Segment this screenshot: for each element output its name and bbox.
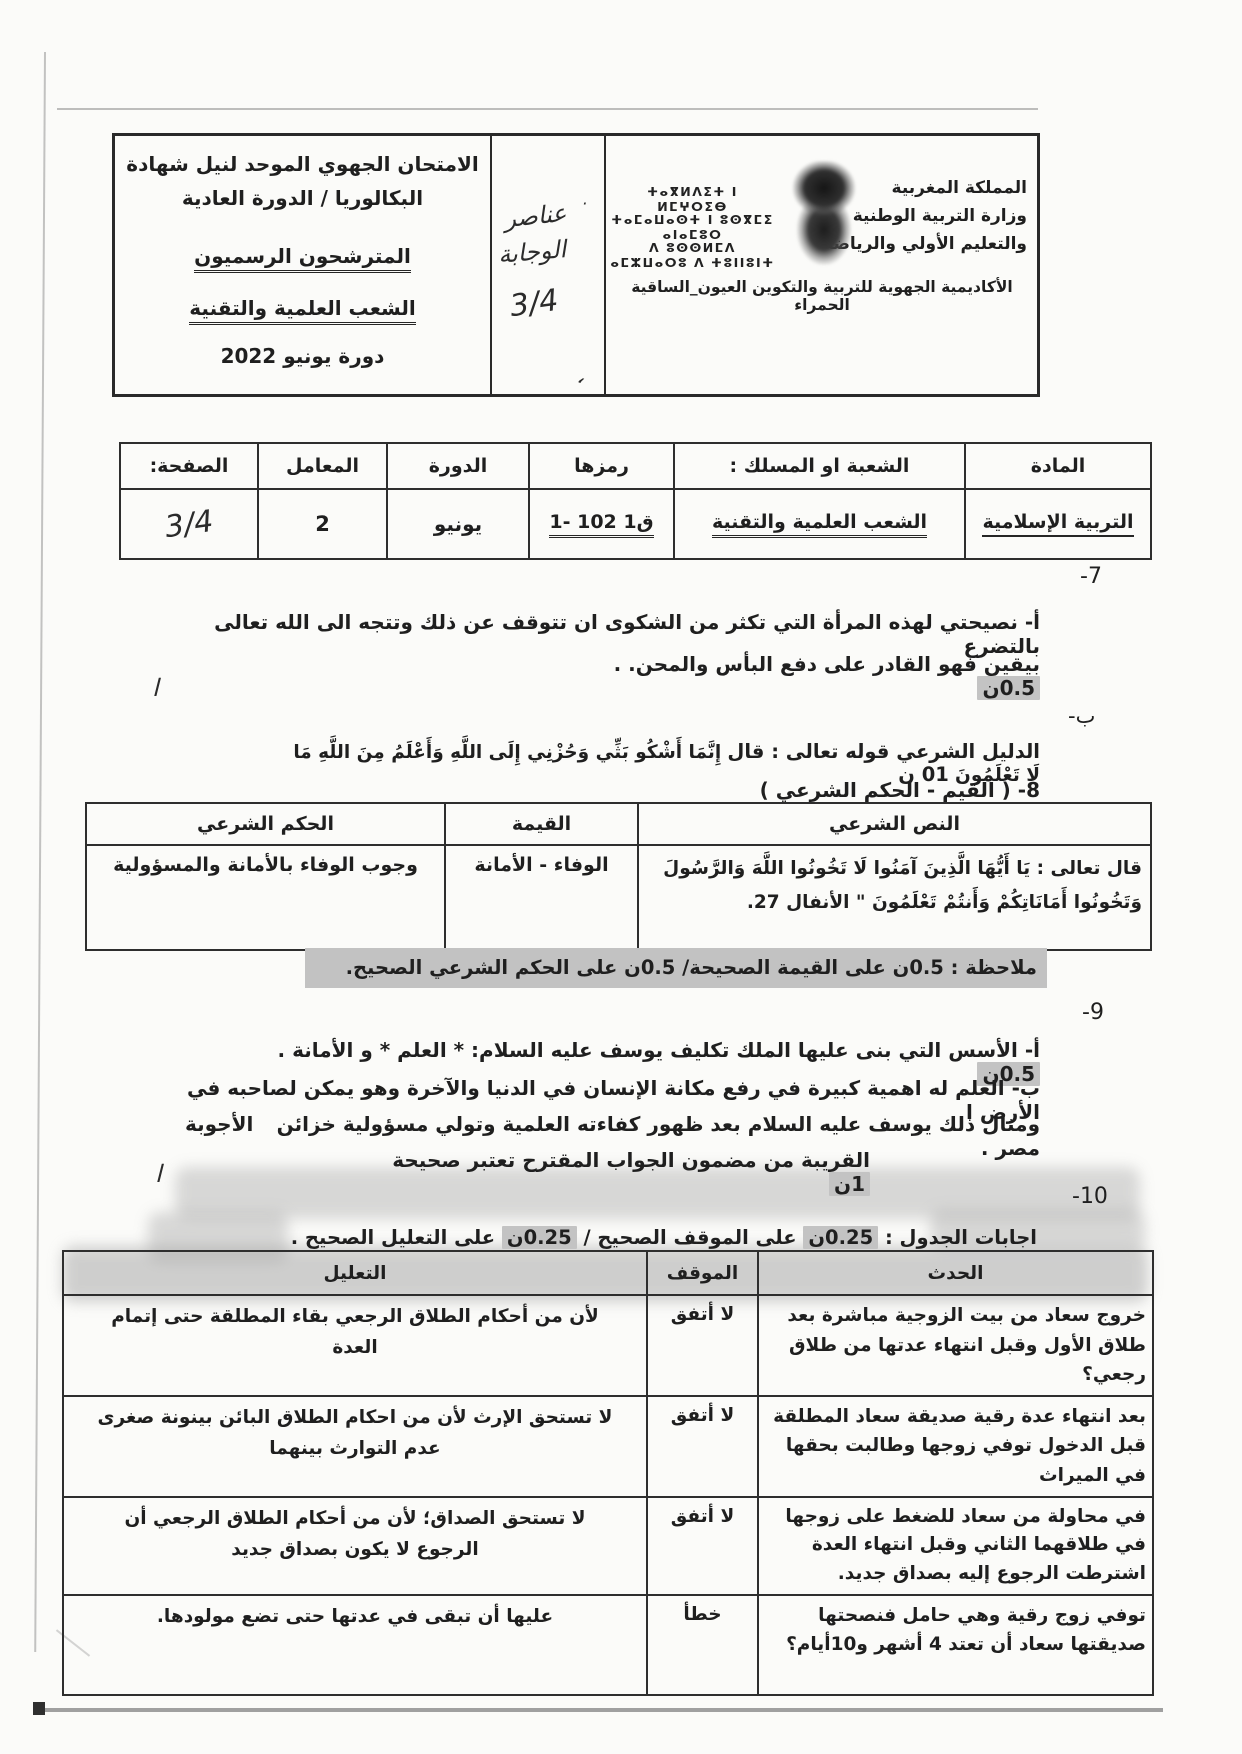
scan-artifact-left-edge (34, 52, 46, 1652)
q10-header-stance: الموقف (647, 1251, 758, 1295)
exam-info-table: المادة الشعبة او المسلك : رمزها الدورة ا… (119, 442, 1152, 560)
q8-scoring-note: ملاحظة : 0.5ن على القيمة الصحيحة/ 0.5ن ع… (305, 948, 1047, 988)
q7-part-b-label: ب- (1068, 704, 1095, 728)
q10-header-justification: التعليل (63, 1251, 647, 1295)
event-cell: توفي زوج رقية وهي حامل فنصحتها صديقتها س… (758, 1595, 1153, 1695)
handwritten-page-fraction: 3/4 (508, 283, 561, 324)
kingdom-name: المملكة المغربية (892, 178, 1027, 198)
event-cell: خروج سعاد من بيت الزوجية مباشرة بعد طلاق… (758, 1295, 1153, 1396)
q8-header-ruling: الحكم الشرعي (86, 803, 445, 845)
q10-header-event: الحدث (758, 1251, 1153, 1295)
handwritten-dot-mark: · (582, 194, 587, 213)
exam-title-line2: البكالوريا / الدورة العادية (115, 186, 490, 210)
scanned-exam-answer-sheet: المملكة المغربية وزارة التربية الوطنية و… (0, 0, 1242, 1754)
info-value-page: 3/4 (120, 489, 258, 559)
tifinagh-line1: ⵜⴰⴳⵍⴷⵉⵜ ⵏ ⵍⵎⵖⵔⵉⴱ (610, 184, 775, 214)
candidates-label: المترشحون الرسميون (115, 244, 490, 273)
q8-cell-value: الوفاء - الأمانة (445, 845, 638, 950)
q8-cell-ruling: وجوب الوفاء بالأمانة والمسؤولية (86, 845, 445, 950)
q9-b-line2-tail: الأجوبة (185, 1112, 253, 1160)
q7-score-badge: 0.5ن (977, 676, 1040, 700)
streams-text: الشعب العلمية والتقنية (189, 296, 415, 325)
stance-cell: خطأ (647, 1595, 758, 1695)
info-header-page: الصفحة: (120, 443, 258, 489)
candidates-text: المترشحون الرسميون (194, 244, 411, 273)
q10-intro-line: اجابات الجدول : 0.25ن على الموقف الصحيح … (160, 1226, 1037, 1249)
event-cell: في محاولة من سعاد للضغط على زوجها في طلا… (758, 1497, 1153, 1595)
table-row: في محاولة من سعاد للضغط على زوجها في طلا… (63, 1497, 1153, 1595)
info-value-session: يونيو (387, 489, 529, 559)
stray-alif-mark: ا (152, 674, 159, 702)
q8-header-text: النص الشرعي (638, 803, 1151, 845)
event-cell: بعد انتهاء عدة رقية صديقة سعاد المطلقة ق… (758, 1396, 1153, 1497)
info-header-code: رمزها (529, 443, 674, 489)
stance-cell: لا أتفق (647, 1396, 758, 1497)
info-value-subject: التربية الإسلامية (965, 489, 1151, 559)
q8-heading: 8- ( القيم - الحكم الشرعي ) (690, 778, 1040, 802)
justification-cell: عليها أن تبقى في عدتها حتى تضع مولودها. (63, 1595, 647, 1695)
ministry-cell: المملكة المغربية وزارة التربية الوطنية و… (606, 136, 1037, 394)
stray-alif-mark: ا (155, 1160, 162, 1188)
session-label: دورة يونيو 2022 (115, 344, 490, 368)
scan-artifact-top-line (57, 108, 1038, 110)
q7-number: -7 (1080, 564, 1102, 589)
exam-info-cell: الامتحان الجهوي الموحد لنيل شهادة البكال… (115, 136, 490, 394)
q10-stance-score-badge: 0.25ن (803, 1226, 878, 1249)
handwritten-answer-elements-word2: الوجابة (497, 235, 567, 269)
info-header-subject: المادة (965, 443, 1151, 489)
q10-justification-score-badge: 0.25ن (502, 1226, 577, 1249)
academy-name: الأكاديمية الجهوية للتربية والتكوين العي… (610, 278, 1034, 314)
justification-cell: لأن من أحكام الطلاق الرجعي بقاء المطلقة … (63, 1295, 647, 1396)
tifinagh-line3: ⴷ ⵓⵙⵙⵍⵎⴷ ⴰⵎⵣⵡⴰⵔⵓ ⴷ ⵜⵓⵏⵏⵓⵏⵜ (610, 240, 775, 270)
q7-answer-a-line2: بيقين فهو القادر على دفع البأس والمحن. .… (560, 652, 1040, 700)
q9-number: -9 (1082, 1000, 1104, 1025)
exam-title-line1: الامتحان الجهوي الموحد لنيل شهادة (115, 152, 490, 176)
handwritten-note-cell: عناصر الوجابة 3/4 · ، (490, 136, 604, 394)
scan-artifact-bottom-line (33, 1708, 1163, 1712)
info-header-session: الدورة (387, 443, 529, 489)
table-row: توفي زوج رقية وهي حامل فنصحتها صديقتها س… (63, 1595, 1153, 1695)
q9-answer-b-line3: القريبة من مضمون الجواب المقترح تعتبر صح… (390, 1148, 870, 1196)
info-value-coefficient: 2 (258, 489, 387, 559)
q8-cell-text: قال تعالى : يَا أَيُّهَا الَّذِينَ آمَنُ… (638, 845, 1151, 950)
streams-label: الشعب العلمية والتقنية (115, 296, 490, 325)
q8-quran-line2: وَتَخُونُوا أَمَانَاتِكُمْ وَأَنتُمْ تَع… (647, 886, 1142, 920)
scan-artifact-bottom-square (33, 1702, 45, 1715)
q7-answer-a-line1: أ- نصيحتي لهذه المرأة التي تكثر من الشكو… (180, 610, 1040, 658)
q8-values-rulings-table: النص الشرعي القيمة الحكم الشرعي قال تعال… (85, 802, 1152, 951)
coat-of-arms-logo (778, 161, 870, 265)
q8-quran-line1: قال تعالى : يَا أَيُّهَا الَّذِينَ آمَنُ… (647, 852, 1142, 886)
table-row: بعد انتهاء عدة رقية صديقة سعاد المطلقة ق… (63, 1396, 1153, 1497)
info-header-branch: الشعبة او المسلك : (674, 443, 965, 489)
q10-number: -10 (1072, 1184, 1108, 1209)
justification-cell: لا تستحق الإرث لأن من احكام الطلاق البائ… (63, 1396, 647, 1497)
q9-b-score-badge: 1ن (829, 1172, 870, 1196)
handwritten-answer-elements-word1: عناصر (503, 199, 568, 233)
stance-cell: لا أتفق (647, 1497, 758, 1595)
table-row: خروج سعاد من بيت الزوجية مباشرة بعد طلاق… (63, 1295, 1153, 1396)
info-header-coefficient: المعامل (258, 443, 387, 489)
exam-header-box: المملكة المغربية وزارة التربية الوطنية و… (112, 133, 1040, 397)
tifinagh-line2: ⵜⴰⵎⴰⵡⴰⵙⵜ ⵏ ⵓⵙⴳⵎⵉ ⴰⵏⴰⵎⵓⵔ (610, 212, 775, 242)
q8-header-value: القيمة (445, 803, 638, 845)
info-value-branch: الشعب العلمية والتقنية (674, 489, 965, 559)
q10-events-table: الحدث الموقف التعليل خروج سعاد من بيت ال… (62, 1250, 1154, 1696)
info-value-code: 1- 102 ق1 (529, 489, 674, 559)
ministry-name-line1: وزارة التربية الوطنية (853, 206, 1027, 226)
handwritten-comma-mark: ، (574, 364, 589, 390)
justification-cell: لا تستحق الصداق؛ لأن من أحكام الطلاق الر… (63, 1497, 647, 1595)
stance-cell: لا أتفق (647, 1295, 758, 1396)
